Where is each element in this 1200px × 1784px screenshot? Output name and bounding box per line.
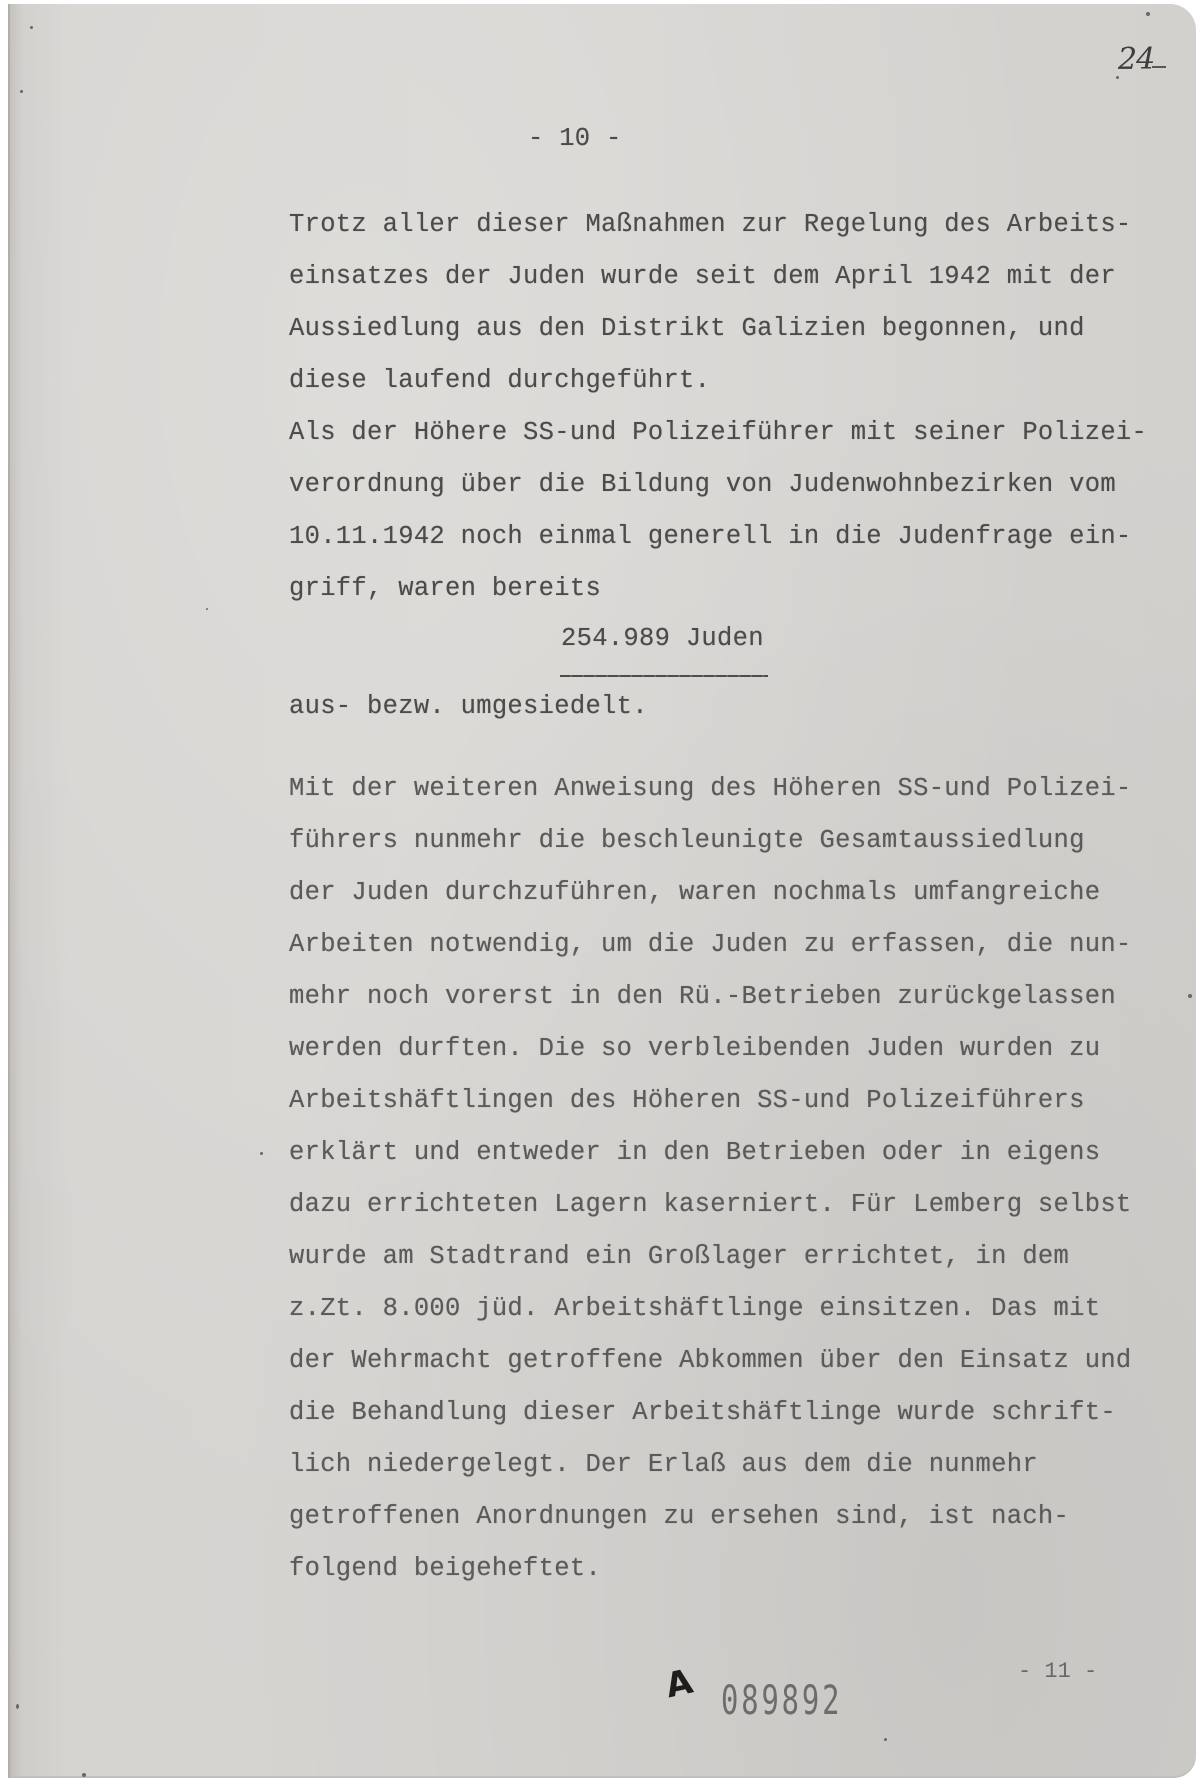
text-line: Aussiedlung aus den Distrikt Galizien be… xyxy=(289,314,1085,344)
text-line: mehr noch vorerst in den Rü.-Betrieben z… xyxy=(289,982,1116,1012)
text-line: griff, waren bereits xyxy=(289,574,601,604)
text-line: diese laufend durchgeführt. xyxy=(289,366,710,396)
page-number: - 10 - xyxy=(528,124,622,153)
text-line: 10.11.1942 noch einmal generell in die J… xyxy=(289,522,1132,552)
text-line: wurde am Stadtrand ein Großlager erricht… xyxy=(289,1242,1069,1272)
paper-speck xyxy=(1116,76,1119,79)
paper-speck xyxy=(82,1773,86,1777)
text-line: Arbeitshäftlingen des Höheren SS-und Pol… xyxy=(289,1086,1085,1116)
paper-speck xyxy=(16,1704,19,1709)
text-line: der Wehrmacht getroffene Abkommen über d… xyxy=(289,1346,1132,1376)
paper-speck xyxy=(260,1152,263,1155)
text-line: lich niedergelegt. Der Erlaß aus dem die… xyxy=(289,1450,1038,1480)
text-line: die Behandlung dieser Arbeitshäftlinge w… xyxy=(289,1398,1116,1428)
paper-speck xyxy=(1188,994,1192,998)
document-page: 24 - 10 - Trotz aller dieser Maßnahmen z… xyxy=(8,4,1196,1778)
text-line: aus- bezw. umgesiedelt. xyxy=(289,692,648,722)
text-line: führers nunmehr die beschleunigte Gesamt… xyxy=(289,826,1085,856)
paper-speck xyxy=(884,1738,887,1741)
paper-speck xyxy=(206,608,208,610)
text-line: folgend beigeheftet. xyxy=(289,1554,601,1584)
text-line: dazu errichteten Lagern kaserniert. Für … xyxy=(289,1190,1132,1220)
paper-speck xyxy=(1146,12,1150,16)
text-line: verordnung über die Bildung von Judenwoh… xyxy=(289,470,1116,500)
text-line: getroffenen Anordnungen zu ersehen sind,… xyxy=(289,1502,1069,1532)
paper-speck xyxy=(30,26,33,29)
text-line: der Juden durchzuführen, waren nochmals … xyxy=(289,878,1100,908)
text-line: Trotz aller dieser Maßnahmen zur Regelun… xyxy=(289,210,1132,240)
archive-stamp-number: 089892 xyxy=(721,1678,842,1724)
text-line: Als der Höhere SS-und Polizeiführer mit … xyxy=(289,418,1147,448)
total-count-highlight: 254.989 Juden xyxy=(561,624,764,653)
text-line: einsatzes der Juden wurde seit dem April… xyxy=(289,262,1116,292)
text-line: Mit der weiteren Anweisung des Höheren S… xyxy=(289,774,1132,804)
paper-speck xyxy=(20,90,23,93)
next-page-indicator: - 11 - xyxy=(1018,1659,1097,1684)
stamp-letter: A xyxy=(662,1662,696,1707)
handwritten-folio-number: 24 xyxy=(1118,42,1154,77)
text-line: erklärt und entweder in den Betrieben od… xyxy=(289,1138,1100,1168)
text-line: werden durften. Die so verbleibenden Jud… xyxy=(289,1034,1100,1064)
underline-rule xyxy=(560,675,768,677)
text-line: z.Zt. 8.000 jüd. Arbeitshäftlinge einsit… xyxy=(289,1294,1100,1324)
text-line: Arbeiten notwendig, um die Juden zu erfa… xyxy=(289,930,1132,960)
